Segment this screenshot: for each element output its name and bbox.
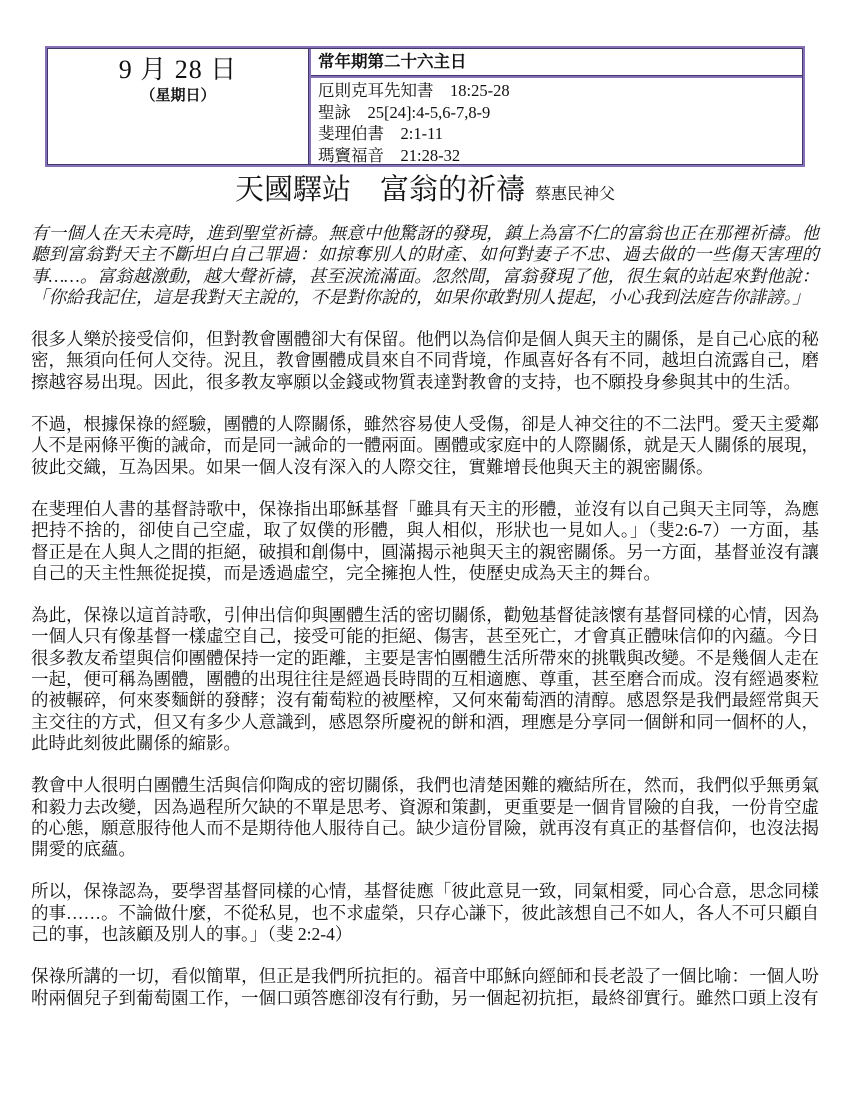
body-paragraph-7: 保祿所講的一切，看似簡單，但正是我們所抗拒的。福音中耶穌向經師和長老設了一個比喻… [31, 966, 819, 1009]
body-paragraph-2: 不過，根據保祿的經驗，團體的人際關係，雖然容易使人受傷，卻是人神交往的不二法門。… [31, 414, 819, 478]
body-paragraph-1: 很多人樂於接受信仰，但對教會團體卻大有保留。他們以為信仰是個人與天主的關係，是自… [31, 329, 819, 393]
bulletin-page: 9 月 28 日 （星期日） 常年期第二十六主日 厄則克耳先知書 18:25-2… [0, 0, 850, 1100]
date-text: 9 月 28 日 [48, 54, 308, 86]
liturgical-calendar-table: 9 月 28 日 （星期日） 常年期第二十六主日 厄則克耳先知書 18:25-2… [47, 48, 803, 165]
reading-item-second: 斐理伯書 2:1-11 [318, 123, 802, 145]
body-paragraph-4: 為此，保祿以這首詩歌，引伸出信仰與團體生活的密切關係，勸勉基督徒該懷有基督同樣的… [31, 605, 819, 754]
date-cell: 9 月 28 日 （星期日） [48, 49, 309, 164]
feast-title: 常年期第二十六主日 [311, 49, 802, 76]
reading-item-first: 厄則克耳先知書 18:25-28 [318, 80, 802, 102]
story-paragraph: 有一個人在天未亮時，進到聖堂祈禱。無意中他驚訝的發現，鎮上為富不仁的富翁也正在那… [31, 223, 819, 308]
article-title-text: 天國驛站 富翁的祈禱 [235, 174, 525, 206]
article-body: 有一個人在天未亮時，進到聖堂祈禱。無意中他驚訝的發現，鎮上為富不仁的富翁也正在那… [0, 206, 850, 1009]
body-paragraph-5: 教會中人很明白團體生活與信仰陶成的密切關係，我們也清楚困難的癥結所在，然而，我們… [31, 775, 819, 860]
weekday-text: （星期日） [48, 86, 308, 106]
readings-cell: 常年期第二十六主日 厄則克耳先知書 18:25-28 聖詠 25[24]:4-5… [309, 49, 802, 164]
article-author: 蔡惠民神父 [535, 186, 615, 203]
body-paragraph-3: 在斐理伯人書的基督詩歌中，保祿指出耶穌基督「雖具有天主的形體，並沒有以自己與天主… [31, 499, 819, 584]
article-title: 天國驛站 富翁的祈禱蔡惠民神父 [0, 174, 850, 206]
body-paragraph-6: 所以，保祿認為，要學習基督同樣的心情，基督徒應「彼此意見一致，同氣相愛，同心合意… [31, 881, 819, 945]
readings-list: 厄則克耳先知書 18:25-28 聖詠 25[24]:4-5,6-7,8-9 斐… [311, 76, 802, 166]
reading-item-gospel: 瑪竇福音 21:28-32 [318, 145, 802, 167]
reading-item-psalm: 聖詠 25[24]:4-5,6-7,8-9 [318, 102, 802, 124]
